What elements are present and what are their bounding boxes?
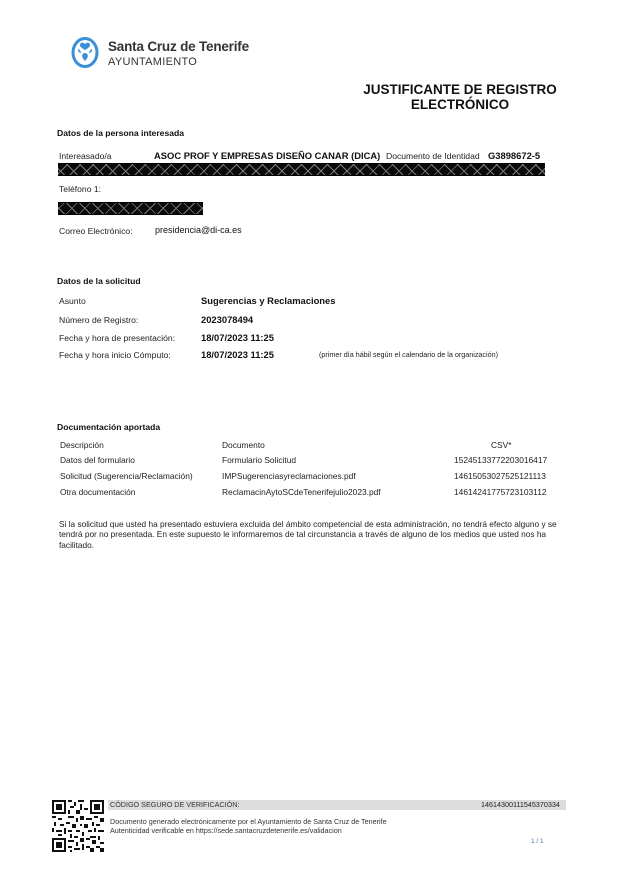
reg-number-label: Número de Registro:: [59, 315, 138, 325]
row-document: IMPSugerenciasyreclamaciones.pdf: [222, 471, 356, 481]
logo-subtitle: AYUNTAMIENTO: [108, 56, 197, 68]
logo-name: Santa Cruz de Tenerife: [108, 39, 249, 54]
section-title-interested: Datos de la persona interesada: [57, 128, 184, 138]
row-description: Datos del formulario: [60, 455, 135, 465]
row-csv: 14615053027525121113: [454, 471, 546, 481]
column-header-document: Documento: [222, 440, 265, 450]
row-document: ReclamacinAytoSCdeTenerifejulio2023.pdf: [222, 487, 381, 497]
section-title-request: Datos de la solicitud: [57, 276, 141, 286]
footer-generated-text: Documento generado electrónicamente por …: [110, 817, 387, 826]
presentation-date-label: Fecha y hora de presentación:: [59, 333, 175, 343]
row-description: Solicitud (Sugerencia/Reclamación): [60, 471, 193, 481]
id-value: G3898672-5: [488, 150, 540, 161]
document-title-line1: JUSTIFICANTE DE REGISTRO: [360, 82, 560, 97]
csv-value: 14614300111545370334: [481, 800, 560, 809]
email-value: presidencia@di-ca.es: [155, 225, 242, 235]
computation-date-value: 18/07/2023 11:25: [201, 349, 274, 360]
presentation-date-value: 18/07/2023 11:25: [201, 332, 274, 343]
row-description: Otra documentación: [60, 487, 135, 497]
document-title: JUSTIFICANTE DE REGISTRO ELECTRÓNICO: [360, 82, 560, 112]
column-header-description: Descripción: [60, 440, 104, 450]
redacted-address-bar: [58, 163, 545, 176]
footer-verification-link[interactable]: Autenticidad verificable en https://sede…: [110, 826, 342, 835]
qr-code-icon: [52, 800, 104, 852]
column-header-csv: CSV*: [491, 440, 511, 450]
computation-note: (primer día hábil según el calendario de…: [319, 350, 498, 359]
page-number: 1 / 1: [531, 838, 544, 845]
phone-label: Teléfono 1:: [59, 184, 101, 194]
subject-value: Sugerencias y Reclamaciones: [201, 295, 335, 306]
row-csv: 15245133772203016417: [454, 455, 547, 465]
csv-label: CÓDIGO SEGURO DE VERIFICACIÓN:: [110, 800, 239, 809]
reg-number-value: 2023078494: [201, 314, 253, 325]
interested-value: ASOC PROF Y EMPRESAS DISEÑO CANAR (DICA): [154, 150, 380, 161]
row-csv: 14614241775723103112: [454, 487, 547, 497]
id-label: Documento de Identidad: [386, 151, 480, 161]
section-title-documentation: Documentación aportada: [57, 422, 160, 432]
document-title-line2: ELECTRÓNICO: [360, 97, 560, 112]
email-label: Correo Electrónico:: [59, 226, 133, 236]
subject-label: Asunto: [59, 296, 86, 306]
redacted-phone-bar: [58, 202, 203, 215]
santa-cruz-heart-logo-icon: [71, 36, 99, 69]
legal-notice: Si la solicitud que usted ha presentado …: [59, 519, 564, 550]
row-document: Formulario Solicitud: [222, 455, 296, 465]
computation-date-label: Fecha y hora inicio Cómputo:: [59, 350, 171, 360]
interested-label: Intereasado/a: [59, 151, 112, 161]
